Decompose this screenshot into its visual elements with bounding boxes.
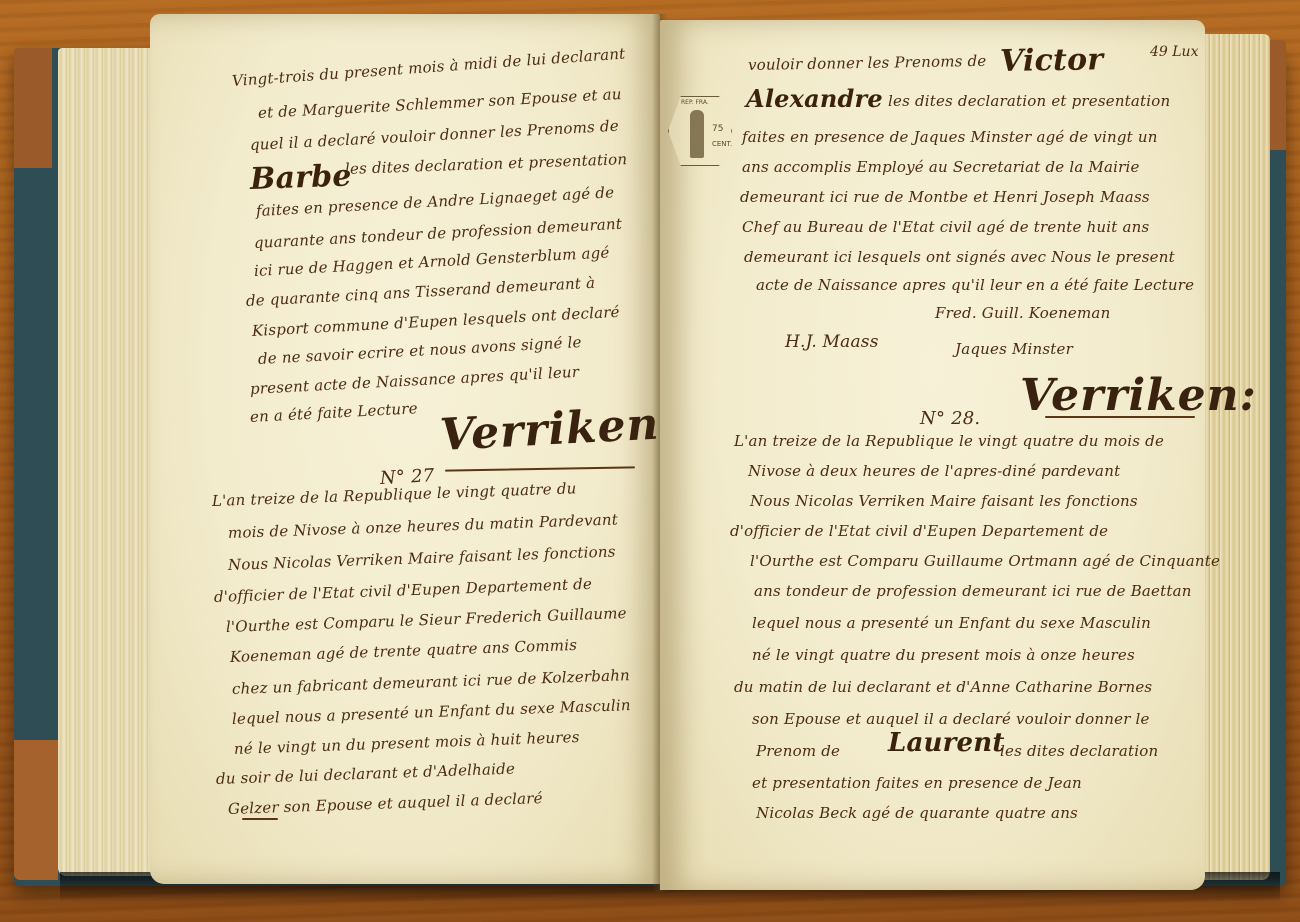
record-line: ans tondeur de profession demeurant ici … <box>754 582 1192 600</box>
handwritten-line: Chef au Bureau de l'Etat civil agé de tr… <box>742 218 1149 236</box>
witness-signature: Jaques Minster <box>955 340 1073 358</box>
record-line: et presentation faites en presence de Je… <box>752 774 1082 792</box>
record-line: son Epouse et auquel il a declaré vouloi… <box>752 710 1150 728</box>
child-name-victor: Victor <box>1000 42 1104 79</box>
record-line: Nous Nicolas Verriken Maire faisant les … <box>750 492 1138 510</box>
child-name-barbe: Barbe <box>249 158 352 197</box>
mayor-signature: Verriken: <box>1020 370 1257 421</box>
handwritten-line: demeurant ici rue de Montbe et Henri Jos… <box>740 188 1150 206</box>
folio-number: 49 Lux <box>1150 44 1198 60</box>
record-number: N° 28. <box>920 408 980 429</box>
stamp-value: 75 <box>712 124 723 134</box>
record-line: l'Ourthe est Comparu Guillaume Ortmann a… <box>750 552 1220 570</box>
record-line: d'officier de l'Etat civil d'Eupen Depar… <box>730 522 1108 540</box>
handwritten-line: ans accomplis Employé au Secretariat de … <box>742 158 1140 176</box>
record-line: lequel nous a presenté un Enfant du sexe… <box>752 614 1151 632</box>
stamp-header: REP. FRA. <box>681 99 709 106</box>
signature-underline <box>1045 416 1195 418</box>
flourish <box>242 818 278 820</box>
handwritten-line: les dites declaration et presentation <box>888 92 1170 110</box>
witness-signature: H.J. Maass <box>785 332 879 352</box>
record-line: L'an treize de la Republique le vingt qu… <box>734 432 1164 450</box>
leather-corner-top-left <box>14 48 52 168</box>
child-name-alexandre: Alexandre <box>746 84 883 113</box>
handwritten-line: faites en presence de Jaques Minster agé… <box>742 128 1158 146</box>
child-name-laurent: Laurent <box>888 728 1005 758</box>
record-line: Nicolas Beck agé de quarante quatre ans <box>756 804 1078 822</box>
witness-signature: Fred. Guill. Koeneman <box>935 304 1110 322</box>
record-line: Nivose à deux heures de l'apres-diné par… <box>748 462 1120 480</box>
handwritten-line: acte de Naissance apres qu'il leur en a … <box>756 276 1194 294</box>
handwritten-line: demeurant ici lesquels ont signés avec N… <box>744 248 1175 266</box>
leather-corner-bottom-left <box>14 740 58 880</box>
stamp-sub: CENT. <box>712 140 732 148</box>
record-line: né le vingt quatre du present mois à onz… <box>752 646 1135 664</box>
record-line: les dites declaration <box>1000 742 1158 760</box>
record-line: du matin de lui declarant et d'Anne Cath… <box>734 678 1152 696</box>
stamp-figure-icon <box>690 110 704 158</box>
record-line: Prenom de <box>756 742 840 760</box>
